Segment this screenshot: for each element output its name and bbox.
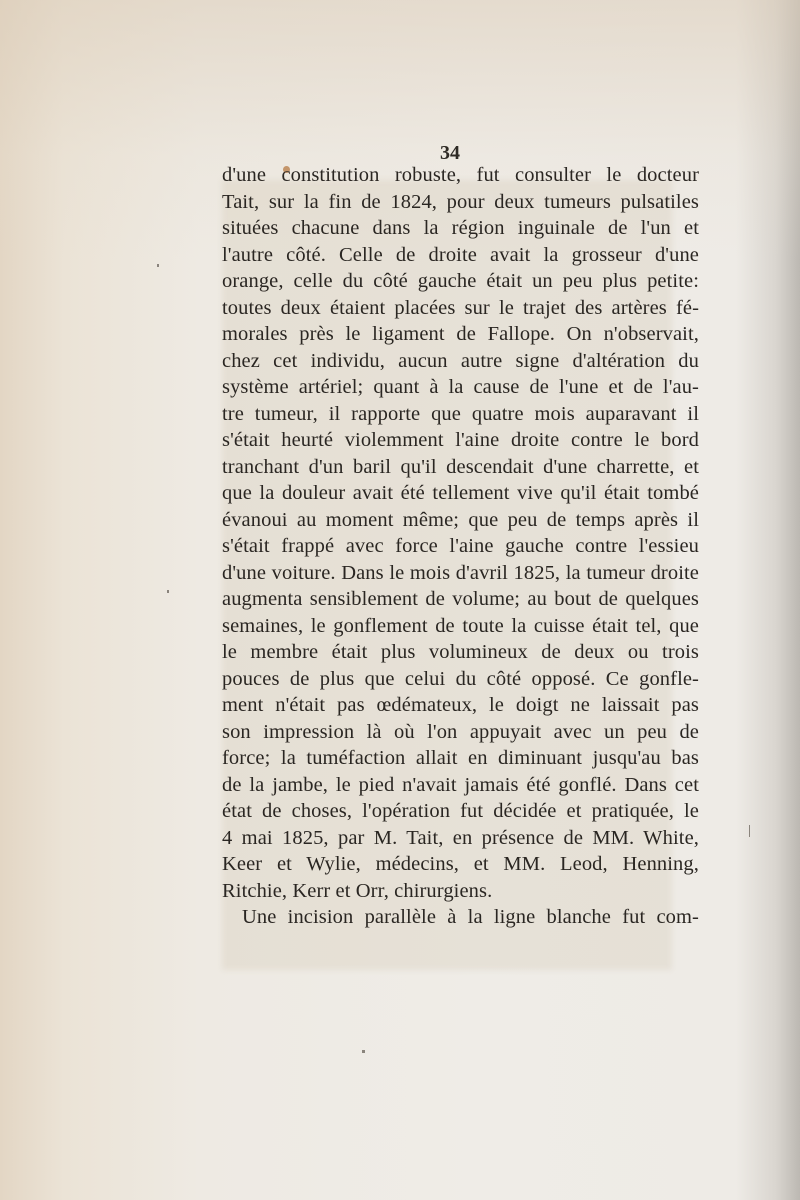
- text-line: s'était frappé avec force l'aine gauche …: [222, 533, 699, 560]
- text-line: tre tumeur, il rapporte que quatre mois …: [222, 401, 699, 428]
- text-line: toutes deux étaient placées sur le traje…: [222, 295, 699, 322]
- text-line: son impression là où l'on appuyait avec …: [222, 719, 699, 746]
- text-line: Keer et Wylie, médecins, et MM. Leod, He…: [222, 851, 699, 878]
- text-line: de la jambe, le pied n'avait jamais été …: [222, 772, 699, 799]
- margin-mark: [167, 590, 169, 593]
- text-line: Tait, sur la fin de 1824, pour deux tume…: [222, 189, 699, 216]
- text-line: que la douleur avait été tellement vive …: [222, 480, 699, 507]
- text-line: semaines, le gonflement de toute la cuis…: [222, 613, 699, 640]
- page-body-text: d'une constitution robuste, fut consulte…: [222, 162, 699, 931]
- text-line: système artériel; quant à la cause de l'…: [222, 374, 699, 401]
- text-line: état de choses, l'opération fut décidée …: [222, 798, 699, 825]
- text-line: d'une voiture. Dans le mois d'avril 1825…: [222, 560, 699, 587]
- text-line: Une incision parallèle à la ligne blanch…: [222, 904, 699, 931]
- paragraph-1: d'une constitution robuste, fut consulte…: [222, 162, 699, 904]
- text-line: pouces de plus que celui du côté opposé.…: [222, 666, 699, 693]
- text-line: l'autre côté. Celle de droite avait la g…: [222, 242, 699, 269]
- text-line: le membre était plus volumineux de deux …: [222, 639, 699, 666]
- text-line: 4 mai 1825, par M. Tait, en présence de …: [222, 825, 699, 852]
- text-line: chez cet individu, aucun autre signe d'a…: [222, 348, 699, 375]
- text-line: augmenta sensiblement de volume; au bout…: [222, 586, 699, 613]
- paragraph-2: Une incision parallèle à la ligne blanch…: [222, 904, 699, 931]
- margin-mark: [157, 264, 159, 267]
- text-line: force; la tuméfaction allait en diminuan…: [222, 745, 699, 772]
- text-line: ment n'était pas œdémateux, le doigt ne …: [222, 692, 699, 719]
- text-line: s'était heurté violemment l'aine droite …: [222, 427, 699, 454]
- text-line: situées chacune dans la région inguinale…: [222, 215, 699, 242]
- text-line: Ritchie, Kerr et Orr, chirurgiens.: [222, 878, 699, 905]
- margin-mark: [362, 1050, 365, 1053]
- text-line: morales près le ligament de Fallope. On …: [222, 321, 699, 348]
- text-line: d'une constitution robuste, fut consulte…: [222, 162, 699, 189]
- margin-mark: [749, 825, 750, 837]
- text-line: évanoui au moment même; que peu de temps…: [222, 507, 699, 534]
- text-line: orange, celle du côté gauche était un pe…: [222, 268, 699, 295]
- text-line: tranchant d'un baril qu'il descendait d'…: [222, 454, 699, 481]
